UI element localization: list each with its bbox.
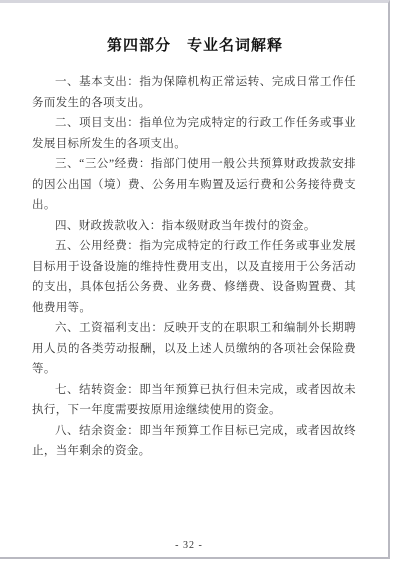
paragraph-fiscal-appropriation: 四、财政拨款收入：指本级财政当年拨付的资金。 [32, 216, 356, 237]
paragraph-surplus-funds: 八、结余资金：即当年预算工作目标已完成，或者因故终止，当年剩余的资金。 [32, 421, 356, 462]
page-number: - 32 - [0, 540, 378, 551]
paragraph-three-public-funds: 三、“三公”经费：指部门使用一般公共预算财政拨款安排的因公出国（境）费、公务用车… [32, 154, 356, 216]
paragraph-carryover-funds: 七、结转资金：即当年预算已执行但未完成，或者因故未执行，下一年度需要按原用途继续… [32, 380, 356, 421]
document-viewport: 第四部分 专业名词解释 一、基本支出：指为保障机构正常运转、完成日常工作任务而发… [0, 0, 398, 563]
document-body: 一、基本支出：指为保障机构正常运转、完成日常工作任务而发生的各项支出。 二、项目… [32, 72, 356, 462]
paragraph-salary-welfare: 六、工资福利支出：反映开支的在职职工和编制外长期聘用人员的各类劳动报酬，以及上述… [32, 318, 356, 380]
paragraph-public-funds: 五、公用经费：指为完成特定的行政工作任务或事业发展目标用于设备设施的维持性费用支… [32, 236, 356, 318]
page-title: 第四部分 专业名词解释 [32, 36, 358, 55]
paragraph-project-expenditure: 二、项目支出：指单位为完成特定的行政工作任务或事业发展目标所发生的各项支出。 [32, 113, 356, 154]
document-page: 第四部分 专业名词解释 一、基本支出：指为保障机构正常运转、完成日常工作任务而发… [0, 0, 390, 559]
paragraph-basic-expenditure: 一、基本支出：指为保障机构正常运转、完成日常工作任务而发生的各项支出。 [32, 72, 356, 113]
